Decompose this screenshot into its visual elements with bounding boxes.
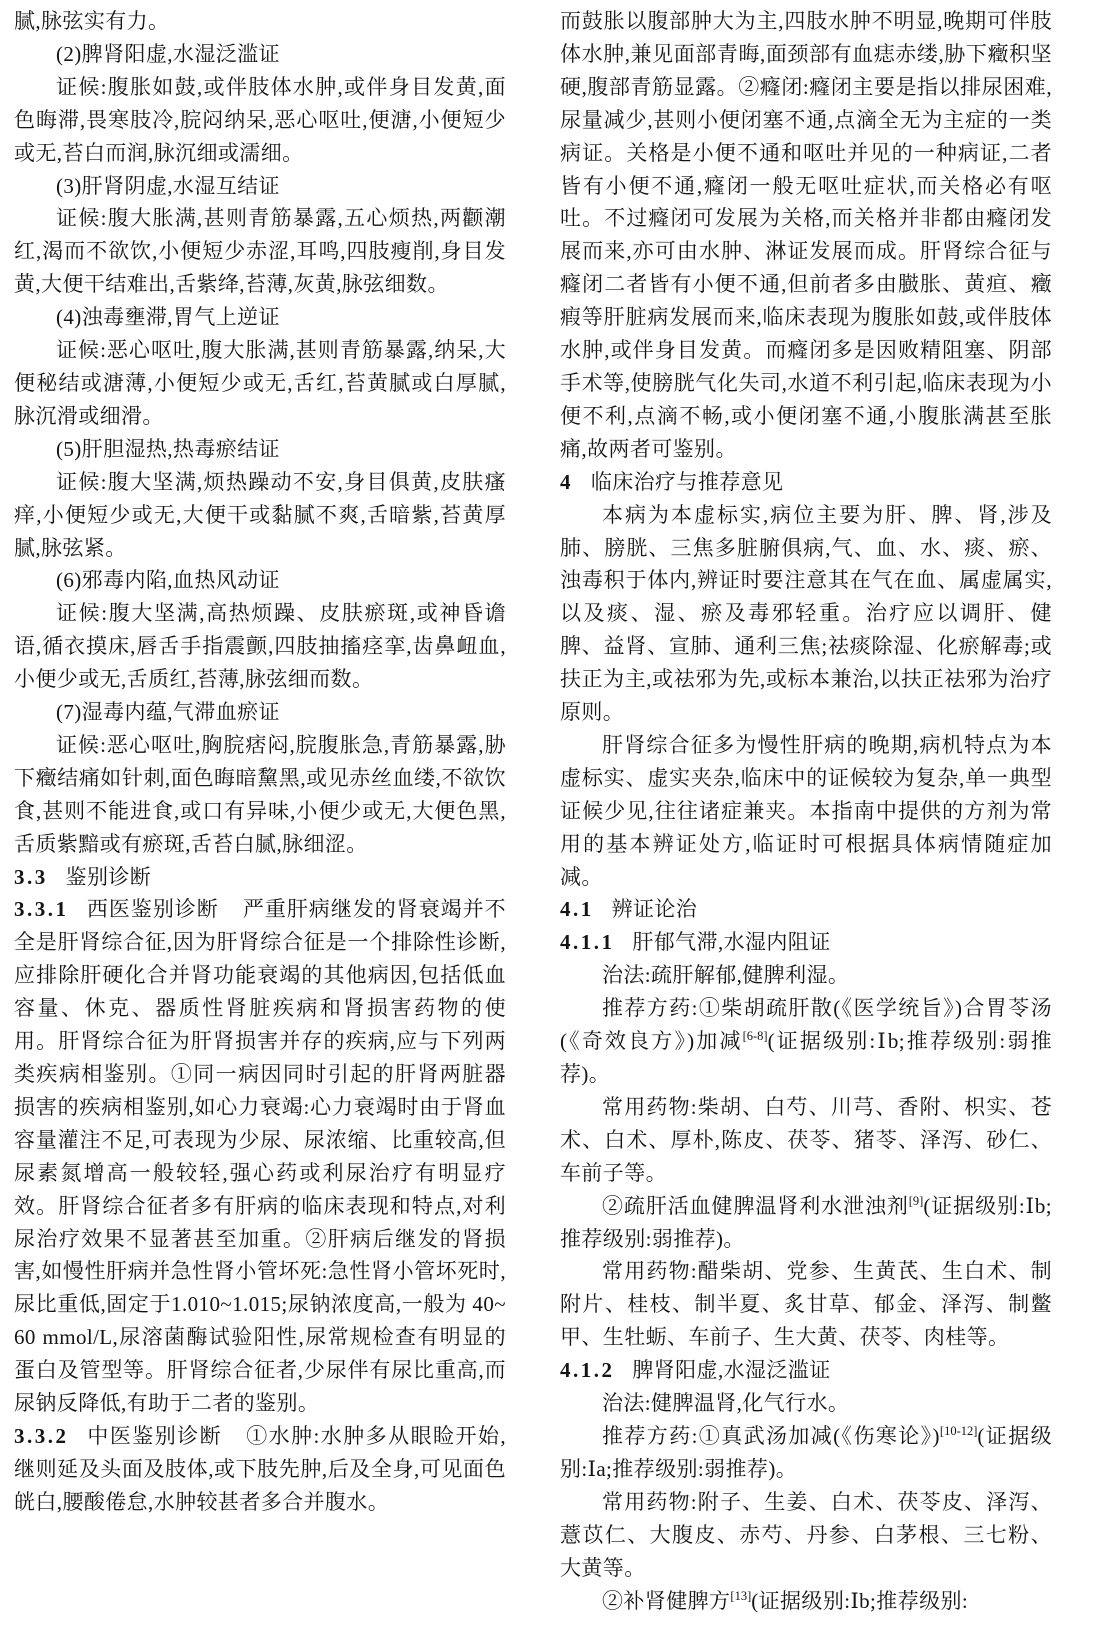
paragraph: 证候:腹大坚满,高热烦躁、皮肤瘀斑,或神昏谵语,循衣摸床,唇舌手指震颤,四肢抽搐… <box>14 597 506 696</box>
section-title: 鉴别诊断 <box>66 865 152 889</box>
paragraph: 而鼓胀以腹部肿大为主,四肢水肿不明显,晚期可伴肢体水肿,兼见面部青晦,面颈部有血… <box>560 5 1052 466</box>
paragraph: 推荐方药:①真武汤加减(《伤寒论》)[10-12](证据级别:Ⅰa;推荐级别:弱… <box>560 1420 1052 1486</box>
paragraph: (2)脾肾阳虚,水湿泛滥证 <box>14 38 506 71</box>
paragraph: ②疏肝活血健脾温肾利水泄浊剂[9](证据级别:Ⅰb;推荐级别:弱推荐)。 <box>560 1190 1052 1256</box>
section-number: 4.1.2 <box>560 1358 615 1382</box>
paragraph: (3)肝肾阴虚,水湿互结证 <box>14 170 506 203</box>
section-number: 3.3 <box>14 865 48 889</box>
paragraph: 腻,脉弦实有力。 <box>14 5 506 38</box>
paragraph: 常用药物:柴胡、白芍、川芎、香附、枳实、苍术、白术、厚朴,陈皮、茯苓、猪苓、泽泻… <box>560 1091 1052 1190</box>
section-number: 3.3.1 <box>14 897 69 921</box>
paragraph: 治法:疏肝解郁,健脾利湿。 <box>560 959 1052 992</box>
reference-superscript: [9] <box>909 1194 924 1208</box>
paragraph: 证候:恶心呕吐,腹大胀满,甚则青筋暴露,纳呆,大便秘结或溏薄,小便短少或无,舌红… <box>14 334 506 433</box>
journal-page: 腻,脉弦实有力。(2)脾肾阳虚,水湿泛滥证证候:腹胀如鼓,或伴肢体水肿,或伴身目… <box>0 0 1094 1640</box>
paragraph: 推荐方药:①柴胡疏肝散(《医学统旨》)合胃苓汤(《奇效良方》)加减[6-8](证… <box>560 992 1052 1091</box>
section-title: 临床治疗与推荐意见 <box>591 470 784 494</box>
section-heading: 4.1辨证论治 <box>560 893 1052 926</box>
paragraph: 本病为本虚标实,病位主要为肝、脾、肾,涉及肺、膀胱、三焦多脏腑俱病,气、血、水、… <box>560 499 1052 729</box>
section-number: 4.1 <box>560 897 594 921</box>
reference-superscript: [6-8] <box>743 1029 768 1043</box>
section-title: 肝郁气滞,水湿内阻证 <box>632 930 830 954</box>
section-title: 辨证论治 <box>612 897 698 921</box>
section-number: 3.3.2 <box>14 1424 69 1448</box>
paragraph: 治法:健脾温肾,化气行水。 <box>560 1387 1052 1420</box>
section-heading: 4临床治疗与推荐意见 <box>560 466 1052 499</box>
section-number: 4.1.1 <box>560 930 615 954</box>
section-heading: 4.1.1肝郁气滞,水湿内阻证 <box>560 926 1052 959</box>
inline-subheading: 中医鉴别诊断 <box>86 1424 222 1448</box>
paragraph: 证候:腹大胀满,甚则青筋暴露,五心烦热,两颧潮红,渴而不欲饮,小便短少赤涩,耳鸣… <box>14 202 506 301</box>
section-paragraph: 3.3.2中医鉴别诊断①水肿:水肿多从眼睑开始,继则延及头面及肢体,或下肢先肿,… <box>14 1420 506 1519</box>
reference-superscript: [13] <box>730 1589 751 1603</box>
paragraph: 证候:恶心呕吐,胸脘痞闷,脘腹胀急,青筋暴露,胁下癥结痛如针刺,面色晦暗黧黑,或… <box>14 729 506 861</box>
section-title: 脾肾阳虚,水湿泛滥证 <box>632 1358 830 1382</box>
paragraph: 证候:腹胀如鼓,或伴肢体水肿,或伴身目发黄,面色晦滞,畏寒肢冷,脘闷纳呆,恶心呕… <box>14 71 506 170</box>
paragraph: 常用药物:附子、生姜、白术、茯苓皮、泽泻、薏苡仁、大腹皮、赤芍、丹参、白茅根、三… <box>560 1486 1052 1585</box>
paragraph: ②补肾健脾方[13](证据级别:Ⅰb;推荐级别: <box>560 1585 1052 1618</box>
section-heading: 3.3鉴别诊断 <box>14 861 506 894</box>
paragraph: (4)浊毒壅滞,胃气上逆证 <box>14 301 506 334</box>
section-paragraph: 3.3.1西医鉴别诊断严重肝病继发的肾衰竭并不全是肝肾综合征,因为肝肾综合征是一… <box>14 893 506 1420</box>
paragraph: (7)湿毒内蕴,气滞血瘀证 <box>14 696 506 729</box>
reference-superscript: [10-12] <box>940 1424 978 1438</box>
left-column: 腻,脉弦实有力。(2)脾肾阳虚,水湿泛滥证证候:腹胀如鼓,或伴肢体水肿,或伴身目… <box>14 5 506 1640</box>
section-heading: 4.1.2脾肾阳虚,水湿泛滥证 <box>560 1354 1052 1387</box>
inline-subheading: 西医鉴别诊断 <box>86 897 218 921</box>
paragraph: 肝肾综合征多为慢性肝病的晚期,病机特点为本虚标实、虚实夹杂,临床中的证候较为复杂… <box>560 729 1052 894</box>
paragraph: (5)肝胆湿热,热毒瘀结证 <box>14 433 506 466</box>
right-column: 而鼓胀以腹部肿大为主,四肢水肿不明显,晚期可伴肢体水肿,兼见面部青晦,面颈部有血… <box>560 5 1052 1640</box>
paragraph: 证候:腹大坚满,烦热躁动不安,身目俱黄,皮肤瘙痒,小便短少或无,大便干或黏腻不爽… <box>14 466 506 565</box>
paragraph: (6)邪毒内陷,血热风动证 <box>14 564 506 597</box>
section-number: 4 <box>560 470 573 494</box>
paragraph: 常用药物:醋柴胡、党参、生黄芪、生白术、制附片、桂枝、制半夏、炙甘草、郁金、泽泻… <box>560 1255 1052 1354</box>
